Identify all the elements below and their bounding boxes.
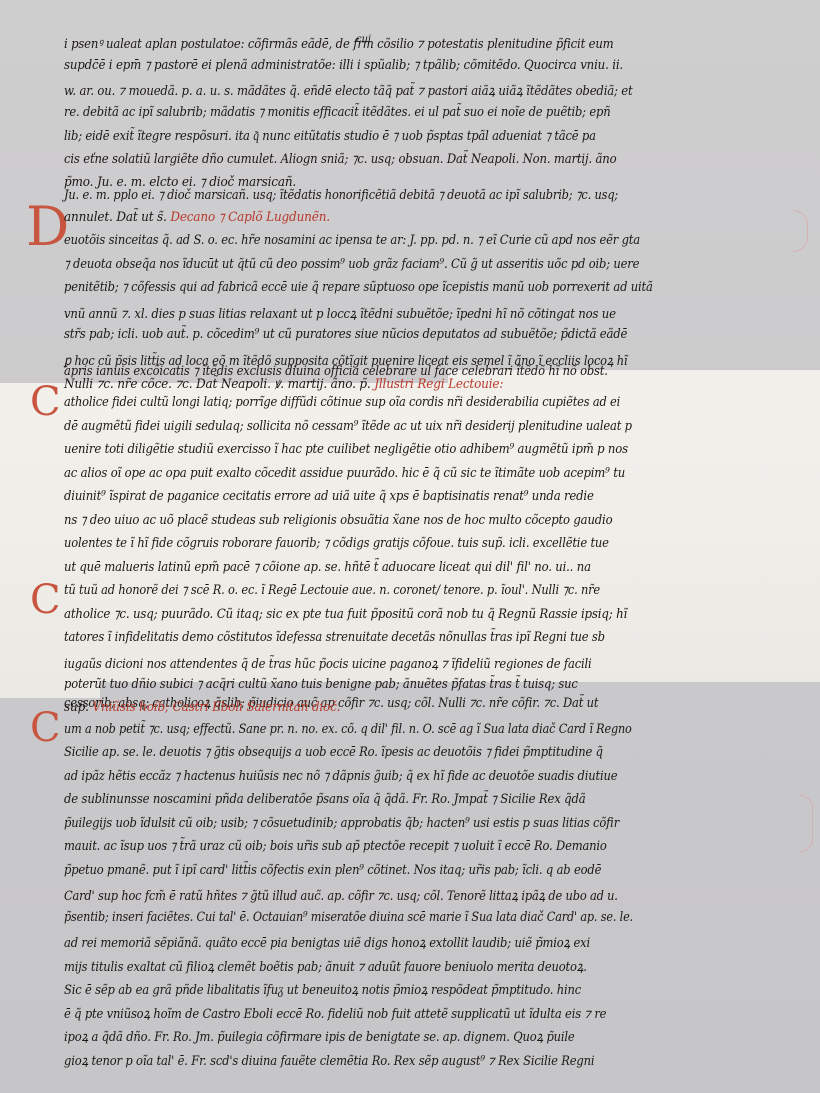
text-line: cis eťne solatiũ largiẽte dño cumulet. A…: [64, 152, 616, 167]
decorated-initial-c: C: [30, 708, 61, 748]
text-line: tatores ĩ infidelitatis demo cõstitutos …: [64, 630, 605, 645]
text-line: ut quē malueris latinũ epm̃ pacē ⁊ cõion…: [64, 560, 591, 575]
text-line: Nulli ⁊c. nr̃e cõce. ⁊c. Dat̃ Neapoli. ꝟ…: [64, 374, 503, 392]
text-line: Ju. e. m. pplo ei. ⁊ dioč marsicañ. usq;…: [64, 188, 618, 203]
marginal-mark: [793, 210, 808, 252]
text-line: uenire toti diligẽtie studiũ exercisso ĩ…: [64, 442, 628, 457]
text-line: atholice ⁊c. usq; puurãdo. Cũ itaq; sic …: [64, 607, 627, 622]
text-line: lib; eidē exit̃ ĩtegre respõsuri. ita q͂…: [64, 128, 596, 144]
text-line: str̃s pab; icli. uob aut̃. p. cõcedim⁹ u…: [64, 327, 627, 342]
rubric-heading: Vniũsis hoib; Castri Eboli Salernitañ di…: [92, 700, 340, 715]
text-line: ē q̃ pte vniũsoꝝ hoĩm de Castro Eboli ec…: [64, 1004, 606, 1022]
text-line: Sic ē sẽp ab ea grã pñde libalitatis ĩfu…: [64, 980, 581, 998]
text-line: de sublinunsse noscamini pñda deliberatõ…: [64, 792, 586, 807]
text-line: diuinit⁹ ĩspirat de paganice cecitatis e…: [64, 489, 594, 504]
text-line: ipoꝝ a q̃dã dño. Fr. Ro. Jm. p̃uilegia c…: [64, 1027, 575, 1045]
text-line: ns ⁊ deo uiuo ac uõ placẽ studeas sub re…: [64, 513, 612, 528]
decorated-initial-d: D: [26, 200, 69, 254]
text-line: ad ipãz hẽtis eccãz ⁊ hactenus huiũsis n…: [64, 769, 617, 784]
marginal-mark: [800, 795, 813, 852]
text-line: gioꝝ tenor p oĩa tal' ē. Fr. scd's diuin…: [64, 1051, 594, 1069]
text-line-content: Nulli ⁊c. nr̃e cõce. ⁊c. Dat̃ Neapoli. ꝟ…: [64, 377, 374, 392]
text-line: p̃petuo pmanẽ. put ĩ ipĩ card' litt̃is c…: [64, 863, 601, 878]
text-line: uolentes te ĩ hĩ fide cõgruis roborare f…: [64, 536, 609, 551]
rubric-heading: Jllustri Regi Lectouie:: [374, 377, 503, 392]
text-line: annulet. Dat̃ ut s̃. Decano ⁊ Caplõ Lugd…: [64, 210, 330, 225]
text-line: supdc̄ē i epm̄ ⁊ pastorē ei plenã admini…: [64, 58, 623, 73]
decorated-initial-c: C: [30, 580, 61, 620]
text-line: sup̃. Vniũsis hoib; Castri Eboli Salerni…: [64, 700, 340, 715]
text-line: atholice fidei cultũ longi latiq; porrĩg…: [64, 395, 620, 410]
text-line: p̃sentib; inseri faciẽtes. Cui tal' ē. O…: [64, 910, 633, 925]
text-line: Sicilie ap. se. le. deuotis ⁊ g̃tis obse…: [64, 745, 603, 760]
text-line: tũ tuũ ad honorẽ dei ⁊ scē R. o. ec. ĩ R…: [64, 583, 600, 598]
text-line-content: sup̃.: [64, 700, 92, 715]
text-line: vnũ annũ ⁊. xl. dies p suas litias relax…: [64, 304, 616, 322]
text-line: ad rei memoriã sẽpiãnã. quãto eccē pia b…: [64, 933, 590, 951]
text-line: penitẽtib; ⁊ cõfessis qui ad fabricã ecc…: [64, 280, 653, 295]
text-line: Card' sup hoc fcm̃ ē ratũ hñtes ⁊ g̃tũ i…: [64, 886, 618, 904]
rubric-heading: Decano ⁊ Caplõ Lugdunẽn.: [170, 210, 330, 225]
text-line: w. ar. ou. ⁊ mouedã. p. a. u. s. mãdãtes…: [64, 81, 633, 99]
text-line: re. debitã ac ipĩ salubrib; mãdatis ⁊ mo…: [64, 105, 610, 120]
text-line-content: annulet. Dat̃ ut s̃.: [64, 210, 170, 225]
text-line: poterũt tuo dñio subici ⁊ acq̃ri cultũ x…: [64, 677, 578, 692]
text-line: mijs titulis exaltat cũ filioꝝ clemẽt bo…: [64, 957, 587, 975]
text-line: dē augmẽtũ fidei uigili sedulaq; sollici…: [64, 419, 632, 434]
text-line: um a nob petit̃ ⁊c. usq; effectũ. Sane p…: [64, 722, 632, 737]
text-line: ac alios oĩ ope ac opa puit exalto cõced…: [64, 466, 625, 481]
decorated-initial-c: C: [30, 382, 61, 422]
text-line: ⁊ deuota obseq̃a nos ĩducūt ut q̃tũ cũ d…: [64, 257, 639, 272]
text-line: euotõis sinceitas q̃. ad S. o. ec. hr̃e …: [64, 233, 640, 248]
text-line: iugaũs dicioni nos attendentes q̃ de t̃r…: [64, 654, 592, 672]
text-line: mauit. ac ĩsup uos ⁊ t̃rã uraz cũ oib; b…: [64, 839, 607, 854]
text-line: i psenꝰ ualeat aplan postulatoe: cõfirmã…: [64, 34, 614, 52]
manuscript-page: cui D C C C i psenꝰ ualeat aplan postula…: [0, 0, 820, 1093]
text-line: p̃uilegijs uob ĩdulsit cũ oib; usib; ⁊ c…: [64, 816, 619, 831]
